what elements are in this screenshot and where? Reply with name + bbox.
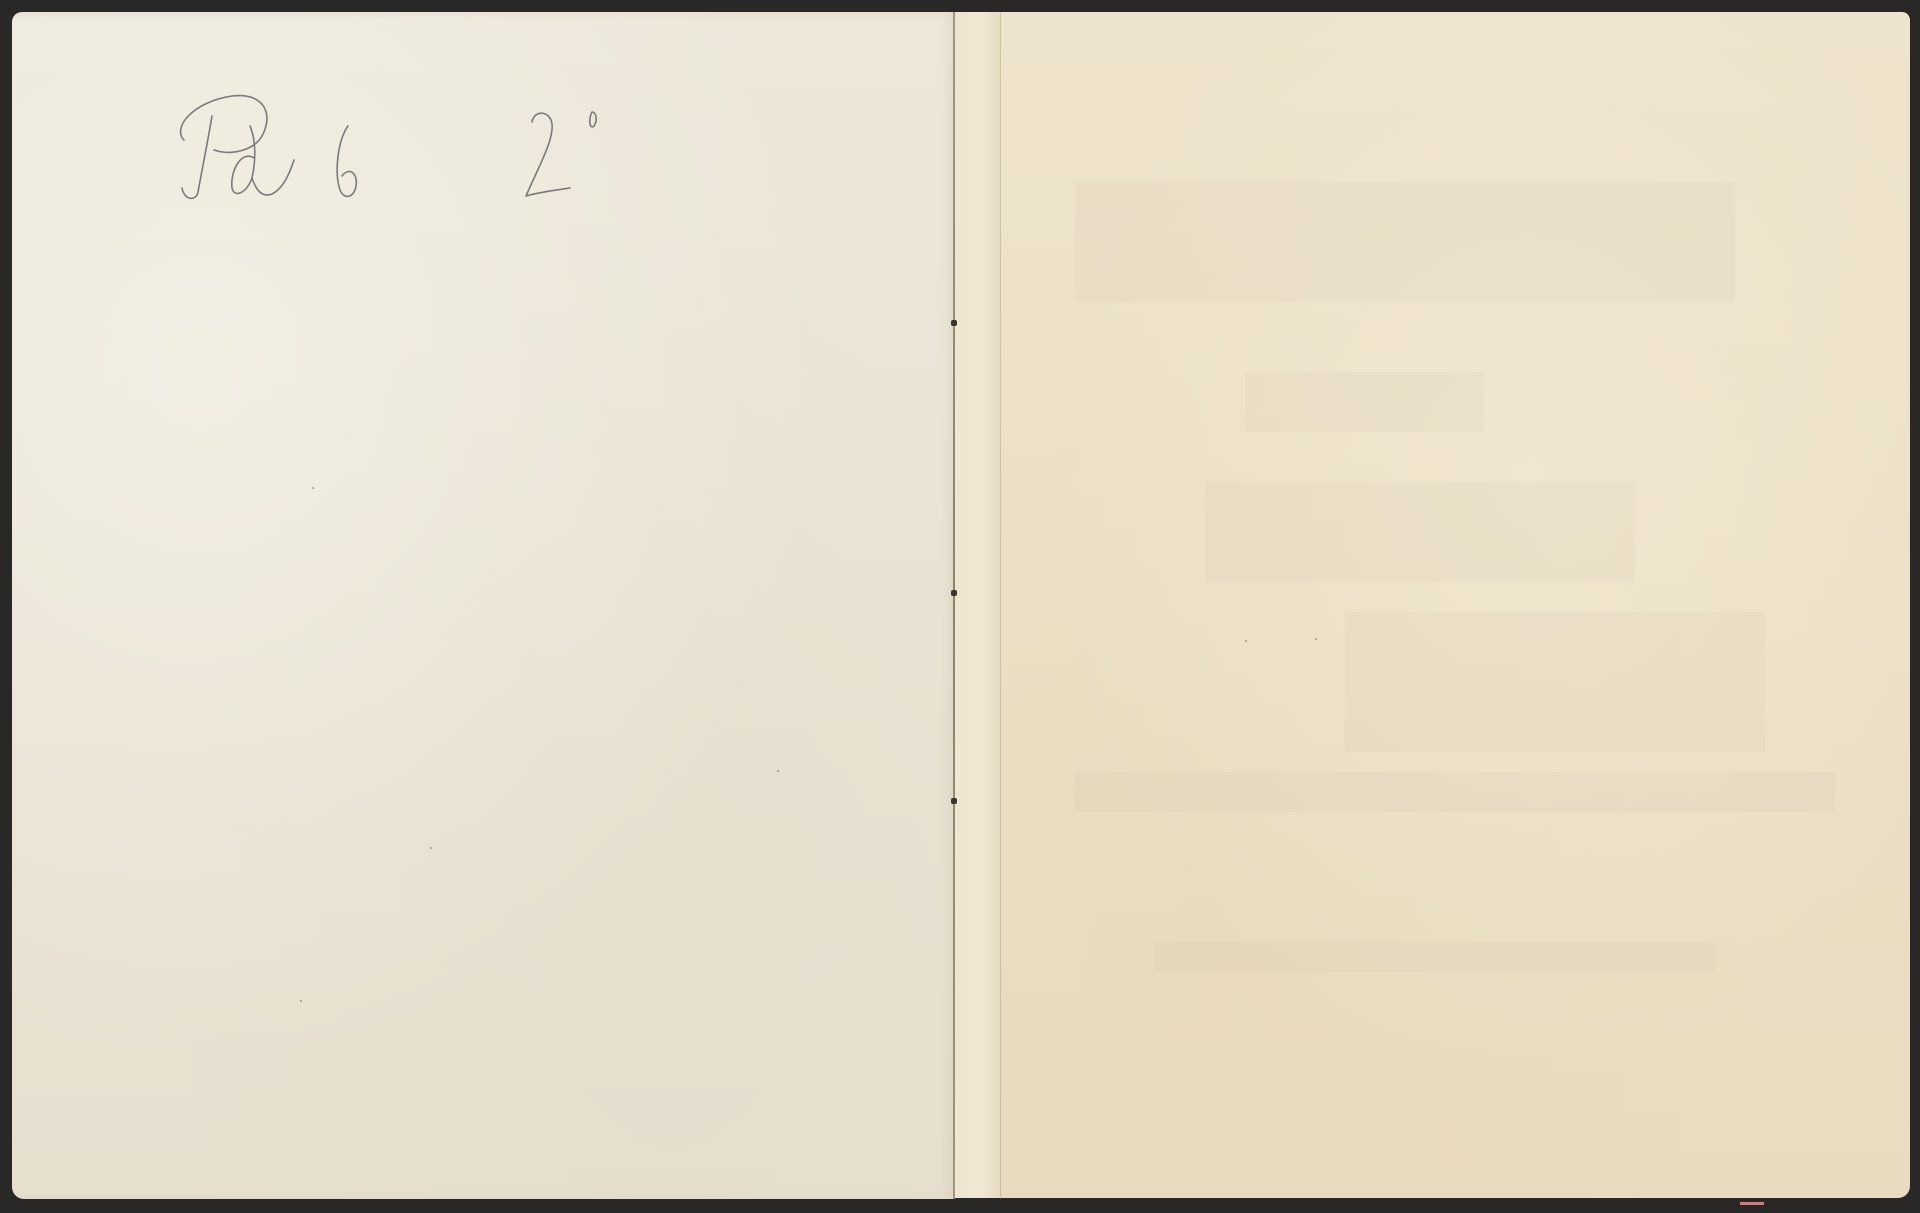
bleed-through-title	[1075, 182, 1735, 302]
spine-strip	[955, 12, 1000, 1198]
binding-stitch	[951, 320, 957, 326]
bleed-through-heading	[1205, 482, 1635, 582]
paper-speck	[430, 847, 432, 849]
left-page: Pd 6 2°	[12, 12, 955, 1199]
bleed-through-line	[1245, 372, 1485, 432]
pencil-annotation: Pd 6 2°	[172, 90, 632, 210]
bleed-through-footer	[1155, 942, 1715, 972]
binding-stitch	[951, 798, 957, 804]
right-page	[955, 12, 1910, 1198]
color-calibration-mark	[1740, 1202, 1764, 1205]
binding-stitch	[951, 590, 957, 596]
handwriting-glyphs	[172, 90, 632, 210]
paper-speck	[1245, 640, 1247, 642]
spine-crease	[953, 12, 955, 1199]
paper-speck	[1315, 638, 1317, 640]
bleed-through-text-lines	[1075, 772, 1835, 812]
document-spread: Pd 6 2°	[0, 0, 1920, 1213]
paper-speck	[300, 1000, 302, 1002]
paper-speck	[777, 770, 779, 772]
leaf-edge	[1000, 12, 1001, 1199]
bleed-through-image	[1345, 612, 1765, 752]
paper-speck	[312, 487, 314, 489]
